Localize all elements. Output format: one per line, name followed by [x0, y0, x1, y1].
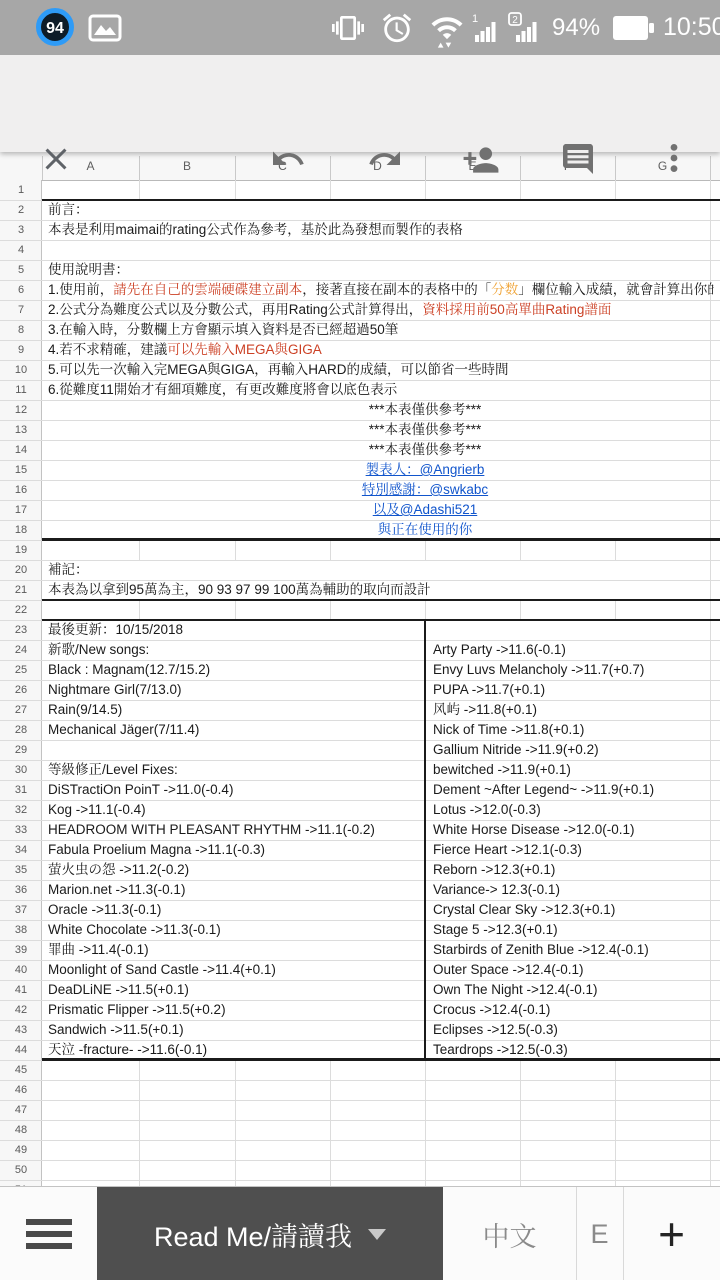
song-cell-left-row-36[interactable]: Marion.net ->11.3(-0.1)	[42, 880, 424, 900]
song-cell-right-row-37[interactable]: Crystal Clear Sky ->12.3(+0.1)	[426, 900, 710, 920]
song-cell-right-row-36[interactable]: Variance-> 12.3(-0.1)	[426, 880, 710, 900]
cell-text-segment: 」欄位輸入成績，就會計算出你的rating	[518, 282, 714, 297]
song-cell-left-row-23[interactable]: 最後更新：10/15/2018	[42, 620, 424, 640]
gridline-horizontal	[0, 1120, 720, 1121]
row-number-39[interactable]: 39	[0, 940, 42, 960]
undo-icon[interactable]	[270, 141, 306, 177]
cell-text-segment: 本表為以拿到95萬為主，90 93 97 99 100萬為輔助的取向而設計	[48, 582, 431, 597]
sheet-cell-row-18[interactable]: 與正在使用的你	[130, 520, 720, 540]
gridline-vertical	[615, 600, 616, 620]
song-cell-left-row-32[interactable]: Kog ->11.1(-0.4)	[42, 800, 424, 820]
song-cell-right-row-43[interactable]: Eclipses ->12.5(-0.3)	[426, 1020, 710, 1040]
cell-text-segment: 資料採用前50高單曲Rating譜面	[422, 302, 611, 317]
sheet-cell-row-2[interactable]: 前言：	[42, 200, 714, 220]
row-number-26[interactable]: 26	[0, 680, 42, 700]
row-number-48[interactable]: 48	[0, 1120, 42, 1140]
gridline-horizontal	[0, 1080, 720, 1081]
row-number-5[interactable]: 5	[0, 260, 42, 280]
row-number-9[interactable]: 9	[0, 340, 42, 360]
song-cell-right-row-41[interactable]: Own The Night ->12.4(-0.1)	[426, 980, 710, 1000]
gridline-vertical	[235, 540, 236, 560]
column-divider	[710, 156, 711, 180]
song-cell-left-row-25[interactable]: Black : Magnam(12.7/15.2)	[42, 660, 424, 680]
tab-read-me[interactable]: Read Me/請讀我	[97, 1187, 443, 1280]
song-cell-left-row-27[interactable]: Rain(9/14.5)	[42, 700, 424, 720]
gridline-vertical	[139, 600, 140, 620]
song-cell-left-row-34[interactable]: Fabula Proelium Magna ->11.1(-0.3)	[42, 840, 424, 860]
cell-text-segment: 1.使用前，	[48, 282, 113, 297]
row-number-1[interactable]: 1	[0, 180, 42, 200]
row-number-30[interactable]: 30	[0, 760, 42, 780]
song-cell-right-row-27[interactable]: 风屿 ->11.8(+0.1)	[426, 700, 710, 720]
column-divider	[139, 156, 140, 180]
song-cell-right-row-42[interactable]: Crocus ->12.4(-0.1)	[426, 1000, 710, 1020]
clock-text: 10:50	[663, 0, 720, 55]
gridline-vertical	[615, 180, 616, 200]
row-number-17[interactable]: 17	[0, 500, 42, 520]
sheet-cell-row-7[interactable]: 2.公式分為難度公式以及分數公式，再用Rating公式計算得出，資料採用前50高…	[42, 300, 714, 320]
battery-icon	[612, 15, 654, 41]
cell-text-segment: 本表是利用maimai的rating公式作為參考，基於此為發想而製作的表格	[48, 222, 463, 237]
row-number-22[interactable]: 22	[0, 600, 42, 620]
tab-chinese-label: 中文	[483, 1215, 537, 1254]
battery-badge-value: 94	[46, 20, 64, 37]
tab-read-me-label: Read Me/請讀我	[154, 1215, 352, 1254]
column-divider	[520, 156, 521, 180]
sheet-cell-row-9[interactable]: 4.若不求精確，建議可以先輸入MEGA與GIGA	[42, 340, 714, 360]
song-cell-right-row-38[interactable]: Stage 5 ->12.3(+0.1)	[426, 920, 710, 940]
gridline-vertical	[425, 540, 426, 560]
cell-text-segment: 分数	[491, 282, 518, 297]
row-number-4[interactable]: 4	[0, 240, 42, 260]
row-number-31[interactable]: 31	[0, 780, 42, 800]
add-person-icon[interactable]	[462, 141, 500, 179]
signal-1-icon: 1	[470, 12, 497, 43]
row-number-43[interactable]: 43	[0, 1020, 42, 1040]
wifi-icon	[430, 11, 464, 49]
cell-text-segment: 3.在輸入時，分數欄上方會顯示填入資料是否已經超過50筆	[48, 322, 398, 337]
row-number-27[interactable]: 27	[0, 700, 42, 720]
sheet-cell-row-14[interactable]: ***本表僅供參考***	[130, 440, 720, 460]
column-divider	[425, 156, 426, 180]
song-cell-right-row-40[interactable]: Outer Space ->12.4(-0.1)	[426, 960, 710, 980]
gridline-vertical	[615, 1060, 616, 1186]
cell-text-segment: ***本表僅供參考***	[369, 402, 482, 417]
column-header-A[interactable]: A	[86, 152, 94, 180]
cell-text-segment: 5.可以先一次輸入完MEGA與GIGA，再輸入HARD的成績，可以節省一些時間	[48, 362, 509, 377]
close-icon[interactable]	[38, 141, 74, 177]
cell-text-segment: 可以先輸入MEGA與GIGA	[167, 342, 322, 357]
song-cell-right-row-34[interactable]: Fierce Heart ->12.1(-0.3)	[426, 840, 710, 860]
sheet-cell-row-17[interactable]: 以及@Adashi521	[130, 500, 720, 520]
row-number-42[interactable]: 42	[0, 1000, 42, 1020]
row-number-3[interactable]: 3	[0, 220, 42, 240]
gridline-horizontal	[0, 1100, 720, 1101]
song-cell-right-row-44[interactable]: Teardrops ->12.5(-0.3)	[426, 1040, 710, 1060]
spreadsheet-grid[interactable]: ABCDEFG 12345678910111213141516171819202…	[0, 152, 720, 1280]
row-number-20[interactable]: 20	[0, 560, 42, 580]
sheet-cell-row-16[interactable]: 特別感謝：@swkabc	[130, 480, 720, 500]
column-divider	[235, 156, 236, 180]
column-divider	[330, 156, 331, 180]
song-cell-left-row-30[interactable]: 等級修正/Level Fixes:	[42, 760, 424, 780]
row-number-2[interactable]: 2	[0, 200, 42, 220]
redo-icon[interactable]	[367, 141, 403, 177]
song-cell-left-row-24[interactable]: 新歌/New songs:	[42, 640, 424, 660]
gridline-vertical	[520, 600, 521, 620]
chevron-down-icon[interactable]	[368, 1229, 386, 1240]
gridline-vertical	[330, 600, 331, 620]
vibrate-icon	[332, 12, 364, 44]
song-cell-left-row-44[interactable]: 天泣 -fracture- ->11.6(-0.1)	[42, 1040, 424, 1060]
gridline-vertical	[520, 540, 521, 560]
row-number-49[interactable]: 49	[0, 1140, 42, 1160]
gridline-vertical	[139, 540, 140, 560]
gridline-horizontal	[0, 1140, 720, 1141]
song-cell-left-row-28[interactable]: Mechanical Jäger(7/11.4)	[42, 720, 424, 740]
sheet-tab-bar: Read Me/請讀我 中文 E +	[0, 1186, 720, 1280]
gridline-vertical	[330, 1060, 331, 1186]
sheet-cell-row-10[interactable]: 5.可以先一次輸入完MEGA與GIGA，再輸入HARD的成績，可以節省一些時間	[42, 360, 714, 380]
battery-badge-icon: 94	[34, 6, 76, 48]
cell-text-segment: 使用說明書：	[48, 262, 129, 277]
svg-text:1: 1	[472, 13, 478, 25]
gridline-horizontal	[0, 1180, 720, 1181]
cell-text-segment: ，接著直接在副本的表格中的「	[302, 282, 491, 297]
sheet-cell-row-11[interactable]: 6.從難度11開始才有細項難度，有更改難度將會以底色表示	[42, 380, 714, 400]
battery-percent-text: 94%	[552, 0, 600, 55]
sheet-cell-row-8[interactable]: 3.在輸入時，分數欄上方會顯示填入資料是否已經超過50筆	[42, 320, 714, 340]
gridline-vertical	[520, 1060, 521, 1186]
row-number-38[interactable]: 38	[0, 920, 42, 940]
row-number-29[interactable]: 29	[0, 740, 42, 760]
row-number-23[interactable]: 23	[0, 620, 42, 640]
gridline-vertical	[330, 540, 331, 560]
song-cell-left-row-39[interactable]: 罪曲 ->11.4(-0.1)	[42, 940, 424, 960]
gridline-vertical	[235, 600, 236, 620]
row-number-50[interactable]: 50	[0, 1160, 42, 1180]
song-cell-right-row-30[interactable]: bewitched ->11.9(+0.1)	[426, 760, 710, 780]
song-cell-right-row-31[interactable]: Dement ~After Legend~ ->11.9(+0.1)	[426, 780, 710, 800]
comment-icon[interactable]	[560, 141, 596, 177]
row-number-40[interactable]: 40	[0, 960, 42, 980]
sheet-cell-row-6[interactable]: 1.使用前，請先在自己的雲端硬碟建立副本，接著直接在副本的表格中的「分数」欄位輸…	[42, 280, 714, 300]
row-number-8[interactable]: 8	[0, 320, 42, 340]
alarm-icon	[380, 11, 414, 45]
row-number-7[interactable]: 7	[0, 300, 42, 320]
song-cell-right-row-35[interactable]: Reborn ->12.3(+0.1)	[426, 860, 710, 880]
song-cell-right-row-33[interactable]: White Horse Disease ->12.0(-0.1)	[426, 820, 710, 840]
song-cell-left-row-40[interactable]: Moonlight of Sand Castle ->11.4(+0.1)	[42, 960, 424, 980]
status-bar: 94 1 2	[0, 0, 720, 55]
song-cell-right-row-28[interactable]: Nick of Time ->11.8(+0.1)	[426, 720, 710, 740]
cell-text-segment: 製表人：@Angrierb	[366, 462, 485, 477]
gridline-horizontal	[0, 1160, 720, 1161]
gridline-vertical	[139, 180, 140, 200]
cell-text-segment: ***本表僅供參考***	[369, 442, 482, 457]
photo-icon	[88, 14, 122, 42]
song-cell-left-row-37[interactable]: Oracle ->11.3(-0.1)	[42, 900, 424, 920]
song-cell-right-row-26[interactable]: PUPA ->11.7(+0.1)	[426, 680, 710, 700]
svg-text:2: 2	[512, 15, 518, 26]
row-number-15[interactable]: 15	[0, 460, 42, 480]
row-number-19[interactable]: 19	[0, 540, 42, 560]
row-header-gutter: 1234567891011121314151617181920212223242…	[0, 180, 42, 1186]
sheet-cell-row-15[interactable]: 製表人：@Angrierb	[130, 460, 720, 480]
row-number-47[interactable]: 47	[0, 1100, 42, 1120]
gridline-vertical	[425, 180, 426, 200]
song-cell-left-row-35[interactable]: 萤火虫の怨 ->11.2(-0.2)	[42, 860, 424, 880]
toolbar	[0, 55, 720, 152]
overflow-icon[interactable]	[657, 141, 691, 175]
cell-text-segment: 4.若不求精確，建議	[48, 342, 167, 357]
cell-text-segment: ***本表僅供參考***	[369, 422, 482, 437]
row-number-25[interactable]: 25	[0, 660, 42, 680]
row-number-16[interactable]: 16	[0, 480, 42, 500]
song-cell-left-row-33[interactable]: HEADROOM WITH PLEASANT RHYTHM ->11.1(-0.…	[42, 820, 424, 840]
row-number-24[interactable]: 24	[0, 640, 42, 660]
signal-2-icon: 2	[508, 12, 538, 43]
row-number-34[interactable]: 34	[0, 840, 42, 860]
song-cell-left-row-43[interactable]: Sandwich ->11.5(+0.1)	[42, 1020, 424, 1040]
cell-text-segment: 2.公式分為難度公式以及分數公式，再用Rating公式計算得出，	[48, 302, 422, 317]
row-number-45[interactable]: 45	[0, 1060, 42, 1080]
song-cell-left-row-41[interactable]: DeaDLiNE ->11.5(+0.1)	[42, 980, 424, 1000]
row-number-37[interactable]: 37	[0, 900, 42, 920]
gridline-vertical	[139, 1060, 140, 1186]
sheet-cell-row-21[interactable]: 本表為以拿到95萬為主，90 93 97 99 100萬為輔助的取向而設計	[42, 580, 714, 600]
sheet-cell-row-3[interactable]: 本表是利用maimai的rating公式作為參考，基於此為發想而製作的表格	[42, 220, 714, 240]
sheet-cell-row-13[interactable]: ***本表僅供參考***	[130, 420, 720, 440]
row-number-46[interactable]: 46	[0, 1080, 42, 1100]
add-sheet-button[interactable]: +	[623, 1187, 720, 1280]
sheet-cell-row-5[interactable]: 使用說明書：	[42, 260, 714, 280]
row-number-13[interactable]: 13	[0, 420, 42, 440]
row-number-10[interactable]: 10	[0, 360, 42, 380]
phone-screen: 94 1 2	[0, 0, 720, 1280]
row-number-33[interactable]: 33	[0, 820, 42, 840]
row-number-44[interactable]: 44	[0, 1040, 42, 1060]
cell-text-segment: 特別感謝：@swkabc	[362, 482, 488, 497]
column-header-B[interactable]: B	[183, 152, 191, 180]
gridline-vertical	[615, 540, 616, 560]
row-number-21[interactable]: 21	[0, 580, 42, 600]
tab-english-partial-label: E	[590, 1219, 608, 1250]
gridline-vertical	[235, 180, 236, 200]
sheet-list-menu-icon[interactable]	[26, 1219, 72, 1249]
song-cell-right-row-24[interactable]: Arty Party ->11.6(-0.1)	[426, 640, 710, 660]
gridline-vertical	[235, 1060, 236, 1186]
song-cell-right-row-39[interactable]: Starbirds of Zenith Blue ->12.4(-0.1)	[426, 940, 710, 960]
row-number-6[interactable]: 6	[0, 280, 42, 300]
sheet-cell-row-20[interactable]: 補記：	[42, 560, 714, 580]
cell-text-segment: 請先在自己的雲端硬碟建立副本	[113, 282, 302, 297]
row-number-36[interactable]: 36	[0, 880, 42, 900]
row-number-35[interactable]: 35	[0, 860, 42, 880]
song-cell-right-row-25[interactable]: Envy Luvs Melancholy ->11.7(+0.7)	[426, 660, 710, 680]
gridline-vertical	[425, 1060, 426, 1186]
gridline-horizontal	[0, 240, 720, 241]
gridline-vertical	[520, 180, 521, 200]
song-cell-left-row-42[interactable]: Prismatic Flipper ->11.5(+0.2)	[42, 1000, 424, 1020]
tab-chinese[interactable]: 中文	[443, 1187, 576, 1280]
row-number-32[interactable]: 32	[0, 800, 42, 820]
column-divider	[615, 156, 616, 180]
song-cell-right-row-32[interactable]: Lotus ->12.0(-0.3)	[426, 800, 710, 820]
row-number-14[interactable]: 14	[0, 440, 42, 460]
row-number-11[interactable]: 11	[0, 380, 42, 400]
gridline-vertical	[330, 180, 331, 200]
cell-text-segment: 以及@Adashi521	[373, 502, 478, 517]
song-cell-left-row-26[interactable]: Nightmare Girl(7/13.0)	[42, 680, 424, 700]
row-number-28[interactable]: 28	[0, 720, 42, 740]
row-number-41[interactable]: 41	[0, 980, 42, 1000]
row-number-18[interactable]: 18	[0, 520, 42, 540]
gridline-vertical	[425, 600, 426, 620]
song-cell-left-row-31[interactable]: DiSTractiOn PoinT ->11.0(-0.4)	[42, 780, 424, 800]
column-header-band: ABCDEFG	[0, 152, 720, 181]
song-cell-left-row-38[interactable]: White Chocolate ->11.3(-0.1)	[42, 920, 424, 940]
song-cell-right-row-29[interactable]: Gallium Nitride ->11.9(+0.2)	[426, 740, 710, 760]
cell-text-segment: 6.從難度11開始才有細項難度，有更改難度將會以底色表示	[48, 382, 397, 397]
cell-text-segment: 補記：	[48, 562, 89, 577]
cell-text-segment: 前言：	[48, 202, 89, 217]
tab-english-partial[interactable]: E	[576, 1187, 623, 1280]
sheet-cell-row-12[interactable]: ***本表僅供參考***	[130, 400, 720, 420]
cell-text-segment: 與正在使用的你	[378, 522, 473, 537]
row-number-12[interactable]: 12	[0, 400, 42, 420]
